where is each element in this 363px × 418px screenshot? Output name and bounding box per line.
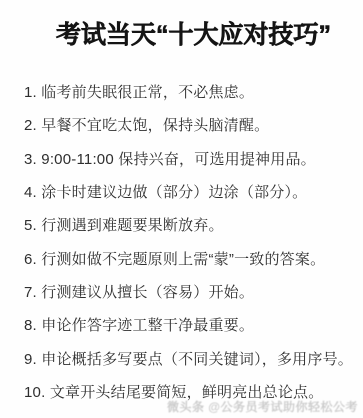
exam-tips-card: 考试当天“十大应对技巧” 1. 临考前失眠很正常，不必焦虑。 2. 早餐不宜吃太… [0,0,363,418]
tip-item-4: 4. 涂卡时建议边做（部分）边涂（部分）。 [24,175,357,208]
tip-item-9: 9. 申论概括多写要点（不同关键词），多用序号。 [24,341,357,374]
tip-item-8: 8. 申论作答字迹工整干净最重要。 [24,308,357,341]
tip-item-2: 2. 早餐不宜吃太饱，保持头脑清醒。 [24,108,357,141]
tip-item-6: 6. 行测如做不完题原则上需“蒙”一致的答案。 [24,241,357,274]
tips-list: 1. 临考前失眠很正常，不必焦虑。 2. 早餐不宜吃太饱，保持头脑清醒。 3. … [24,75,357,408]
tip-item-7: 7. 行测建议从擅长（容易）开始。 [24,275,357,308]
watermark: 微头条 @公务员考试助你轻松公考 [167,398,358,415]
page-title: 考试当天“十大应对技巧” [12,0,363,50]
tip-item-3: 3. 9:00-11:00 保持兴奋，可选用提神用品。 [24,142,357,175]
tip-item-5: 5. 行测遇到难题要果断放弃。 [24,208,357,241]
tip-item-1: 1. 临考前失眠很正常，不必焦虑。 [24,75,357,108]
